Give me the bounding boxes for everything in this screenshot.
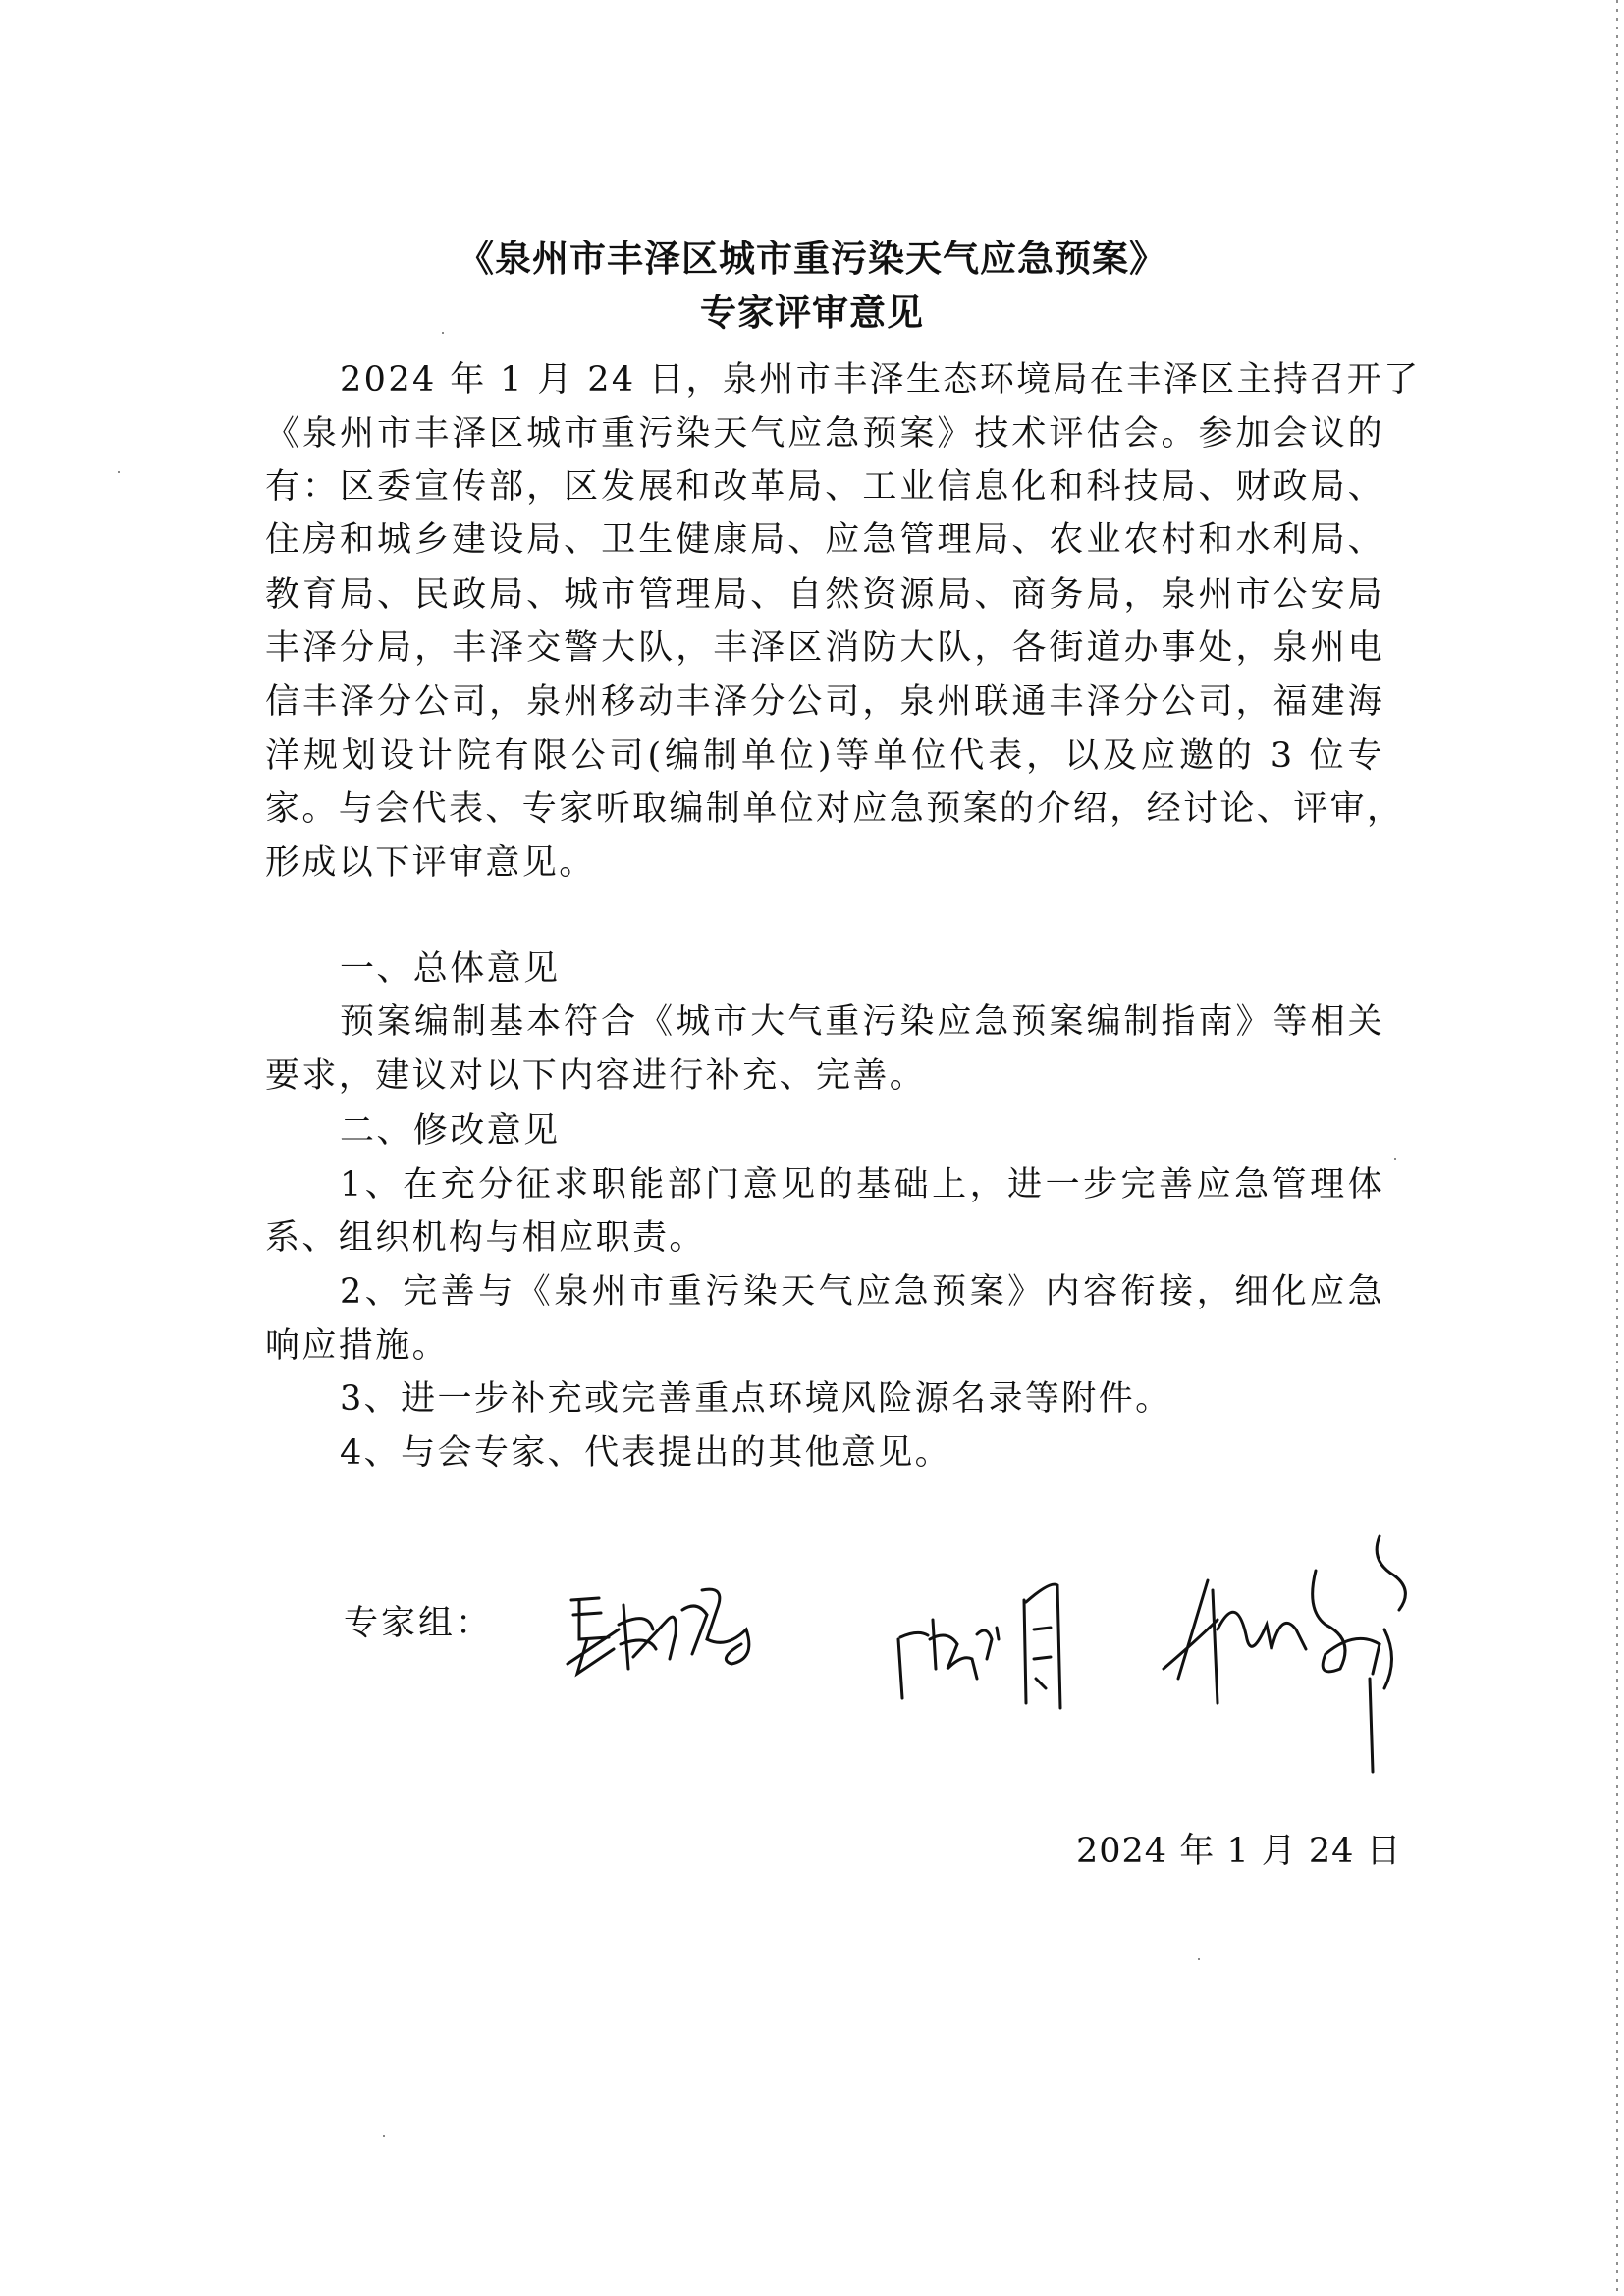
document-subtitle: 专家评审意见 bbox=[0, 291, 1624, 334]
signature-3-icon bbox=[1159, 1531, 1443, 1777]
section-heading: 二、修改意见 bbox=[340, 1109, 1384, 1152]
scan-speck bbox=[383, 2135, 385, 2137]
scan-speck bbox=[442, 332, 444, 334]
signature-2-icon bbox=[889, 1541, 1105, 1718]
paragraph-line: 信丰泽分公司，泉州移动丰泽分公司，泉州联通丰泽分公司，福建海 bbox=[265, 680, 1384, 723]
scan-edge-artifact bbox=[1616, 0, 1618, 2296]
paragraph-line: 有：区委宣传部，区发展和改革局、工业信息化和科技局、财政局、 bbox=[265, 465, 1384, 508]
paragraph-line: 预案编制基本符合《城市大气重污染应急预案编制指南》等相关 bbox=[340, 1000, 1384, 1043]
list-item: 4、与会专家、代表提出的其他意见。 bbox=[340, 1431, 1384, 1474]
list-item-continuation: 响应措施。 bbox=[265, 1324, 1384, 1367]
document-title: 《泉州市丰泽区城市重污染天气应急预案》 bbox=[0, 237, 1624, 280]
list-item-continuation: 系、组织机构与相应职责。 bbox=[265, 1216, 1384, 1259]
paragraph-line: 家。与会代表、专家听取编制单位对应急预案的介绍，经讨论、评审， bbox=[265, 787, 1384, 830]
paragraph-line: 洋规划设计院有限公司(编制单位)等单位代表，以及应邀的 3 位专 bbox=[265, 734, 1384, 777]
paragraph-line: 住房和城乡建设局、卫生健康局、应急管理局、农业农村和水利局、 bbox=[265, 518, 1384, 561]
paragraph-line: 《泉州市丰泽区城市重污染天气应急预案》技术评估会。参加会议的 bbox=[265, 412, 1384, 455]
paragraph-line: 丰泽分局，丰泽交警大队，丰泽区消防大队，各街道办事处，泉州电 bbox=[265, 626, 1384, 669]
paragraph-line: 形成以下评审意见。 bbox=[265, 841, 1384, 884]
paragraph-line: 2024 年 1 月 24 日，泉州市丰泽生态环境局在丰泽区主持召开了 bbox=[340, 358, 1384, 401]
list-item: 3、进一步补充或完善重点环境风险源名录等附件。 bbox=[340, 1377, 1384, 1420]
list-item: 2、完善与《泉州市重污染天气应急预案》内容衔接，细化应急 bbox=[340, 1270, 1384, 1313]
section-heading: 一、总体意见 bbox=[340, 947, 1384, 990]
paragraph-line: 要求，建议对以下内容进行补充、完善。 bbox=[265, 1054, 1384, 1097]
expert-group-label: 专家组： bbox=[344, 1602, 493, 1645]
paragraph-line: 教育局、民政局、城市管理局、自然资源局、商务局，泉州市公安局 bbox=[265, 573, 1384, 616]
scan-speck bbox=[1394, 1158, 1396, 1160]
document-page: 《泉州市丰泽区城市重污染天气应急预案》 专家评审意见 2024 年 1 月 24… bbox=[0, 0, 1624, 2296]
scan-speck bbox=[118, 471, 120, 473]
signature-1-icon bbox=[560, 1580, 785, 1688]
document-date: 2024 年 1 月 24 日 bbox=[1076, 1830, 1402, 1873]
scan-speck bbox=[1198, 1958, 1200, 1960]
list-item: 1、在充分征求职能部门意见的基础上，进一步完善应急管理体 bbox=[340, 1163, 1384, 1206]
